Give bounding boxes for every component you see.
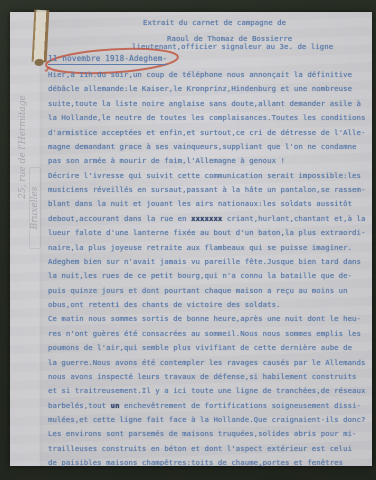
typed-line: suite,toute la liste noire anglaise sans…: [48, 97, 368, 111]
typed-line: la Hollande,le neutre de toutes les comp…: [48, 111, 368, 125]
typed-line: nous avons inspecté leurs travaux de déf…: [48, 370, 368, 384]
author-rank: lieutenant,officier signaleur au 3e. de …: [132, 42, 333, 51]
typed-line: pas son armée à mourir de faim,l'Allemag…: [48, 154, 368, 168]
document-paper: 25, rue de l'Hermitage Bruxelles Extrait…: [10, 12, 372, 466]
scanned-document-photo: 25, rue de l'Hermitage Bruxelles Extrait…: [0, 0, 376, 480]
typed-line: musiciens réveillés en sursaut,passant à…: [48, 183, 368, 197]
overstruck-text: un: [111, 401, 120, 410]
typed-line: obus,ont retenti des chants de victoire …: [48, 298, 368, 312]
typed-line: la nuit,les rues de ce petit bourg,qui n…: [48, 269, 368, 283]
typed-line: res n'ont guères été consacrées au somme…: [48, 327, 368, 341]
typed-line: débâcle allemande:le Kaiser,le Kronprinz…: [48, 82, 368, 96]
typed-line: la guerre.Nous avons été contempler les …: [48, 356, 368, 370]
tape-artifact: [32, 10, 50, 63]
typed-line: barbelés,tout un enchevêtrement de forti…: [48, 399, 368, 413]
typed-line: mulées,et cette ligne fait face à la Hol…: [48, 413, 368, 427]
typed-line: Les environs sont parsemés de maisons tr…: [48, 427, 368, 441]
typed-line: Hier,à 11h.du soir,un coup de téléphone …: [48, 68, 368, 82]
typed-line: blant dans la nuit et jouant les airs na…: [48, 197, 368, 211]
typed-line: trailleuses construits en béton et dont …: [48, 442, 368, 456]
typed-body-text: Hier,à 11h.du soir,un coup de téléphone …: [48, 68, 368, 471]
typed-line: debout,accourant dans la rue en xxxxxxx …: [48, 212, 368, 226]
typed-line: Ce matin nous sommes sortis de bonne heu…: [48, 312, 368, 326]
typed-line: poumons de l'air,qui semble plus vivifia…: [48, 341, 368, 355]
typed-line: lueur falote d'une lanterne fixée au bou…: [48, 226, 368, 240]
typed-line: naire,la plus joyeuse retraite aux flamb…: [48, 241, 368, 255]
typed-line: de paisibles maisons champêtres:toits de…: [48, 456, 368, 470]
overstruck-text: xxxxxxx: [191, 214, 222, 223]
document-title: Extrait du carnet de campagne de: [143, 18, 286, 27]
typed-line: d'armistice acceptées et enfin,et surtou…: [48, 126, 368, 140]
handwritten-margin-note: 25, rue de l'Hermitage: [18, 37, 28, 257]
handwritten-margin-note-city: Bruxelles: [29, 167, 41, 249]
typed-line: Adeghem bien sur n'avait jamais vu parei…: [48, 255, 368, 269]
typed-line: et si traitreusement.Il y a ici toute un…: [48, 384, 368, 398]
typed-line: Décrire l'ivresse qui suivit cette commu…: [48, 169, 368, 183]
entry-date-heading: 11 novembre 1918-Adeghem-: [48, 54, 167, 65]
typed-line: magne demandant grace à ses vainqueurs,s…: [48, 140, 368, 154]
typed-line: puis quinze jours et dont pourtant chaqu…: [48, 284, 368, 298]
